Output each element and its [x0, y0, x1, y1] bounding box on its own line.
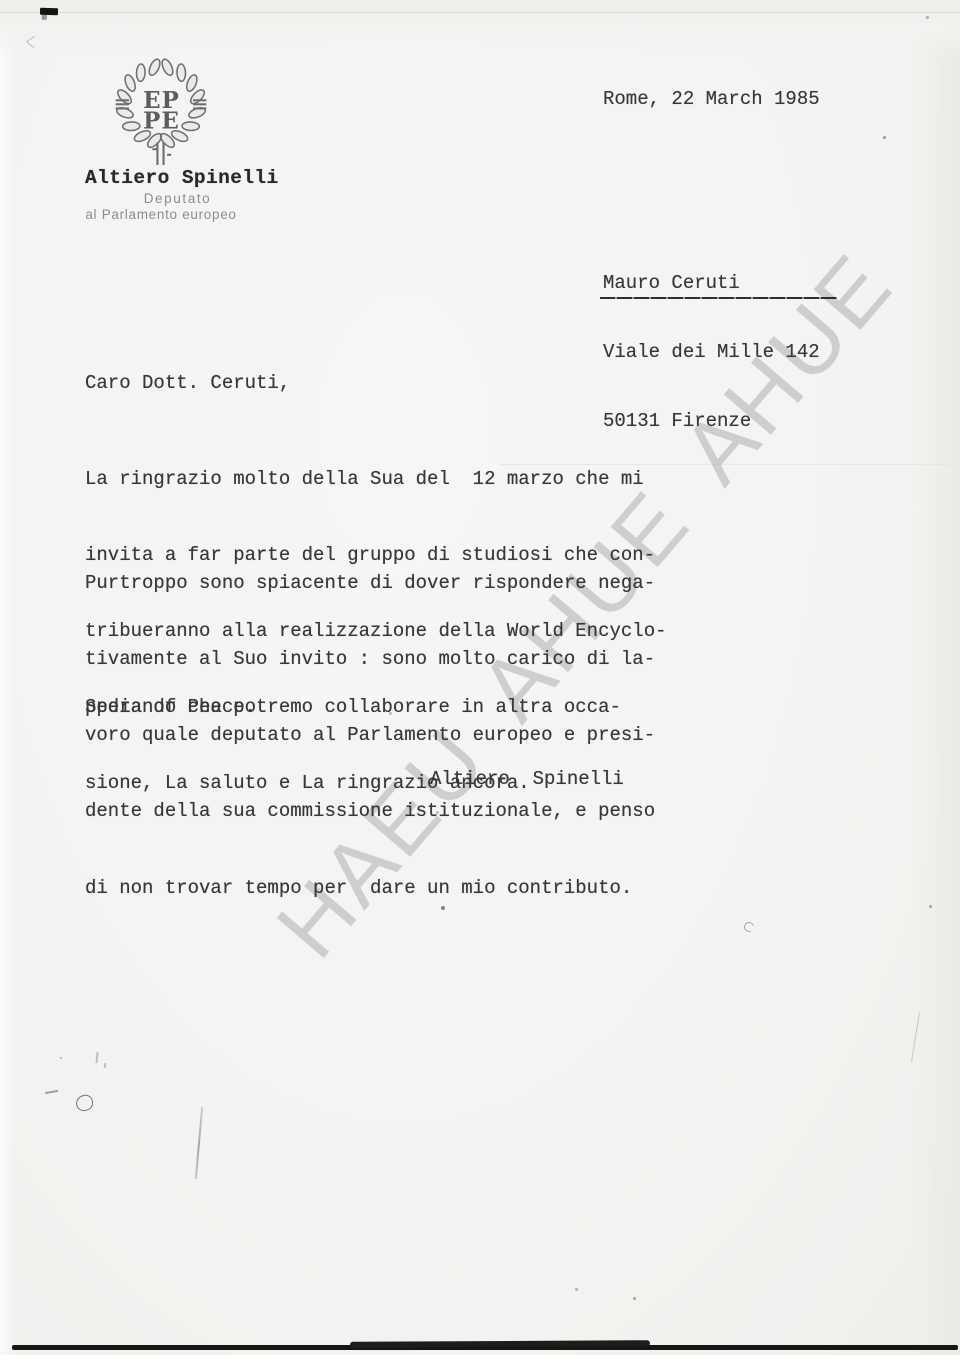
pencil-circle-mark: [75, 1093, 95, 1112]
salutation: Caro Dott. Ceruti,: [85, 371, 290, 396]
letterhead-subtitle: al Parlamento europeo: [55, 207, 267, 222]
scan-corner-mark: [40, 8, 58, 16]
scan-speck: [883, 136, 886, 139]
pencil-angle-mark: [26, 36, 42, 48]
pencil-stroke-mark: [195, 1107, 203, 1179]
pencil-tick-mark: [95, 1052, 98, 1063]
body-line: Purtroppo sono spiacente di dover rispon…: [85, 571, 655, 596]
recipient-name: Mauro Ceruti: [603, 272, 820, 295]
scan-top-edge-line: [0, 12, 960, 13]
letterhead-title: Deputato: [85, 191, 270, 206]
logo-text-pe: PE: [143, 107, 180, 134]
pencil-tick-mark: [104, 1063, 107, 1068]
scan-speck: [575, 1288, 578, 1291]
pencil-c-mark: [742, 920, 755, 933]
body-line: di non trovar tempo per dare un mio cont…: [85, 876, 655, 901]
scan-speck: [929, 905, 932, 908]
pencil-tick-mark: [60, 1057, 62, 1059]
recipient-street: Viale dei Mille 142: [603, 341, 820, 364]
date-line: Rome, 22 March 1985: [603, 88, 820, 110]
signature: Altiero Spinelli: [430, 767, 624, 792]
scan-speck: [926, 16, 929, 19]
scan-speck: [633, 1297, 636, 1300]
body-line: Sperando che potremo collaborare in altr…: [85, 695, 621, 720]
address-underline: [600, 297, 837, 299]
body-line: La ringrazio molto della Sua del 12 marz…: [85, 467, 667, 492]
body-paragraph-3: Sperando che potremo collaborare in altr…: [85, 644, 621, 847]
ep-pe-wreath-logo-icon: EP PE: [110, 56, 212, 168]
scanned-letter-page: HAEU AHUE AHUE EP PE Altier: [0, 0, 960, 1355]
pencil-edge-stroke: [911, 1012, 920, 1062]
letterhead-name: Altiero Spinelli: [85, 167, 279, 189]
pencil-dash-mark: [45, 1090, 58, 1094]
